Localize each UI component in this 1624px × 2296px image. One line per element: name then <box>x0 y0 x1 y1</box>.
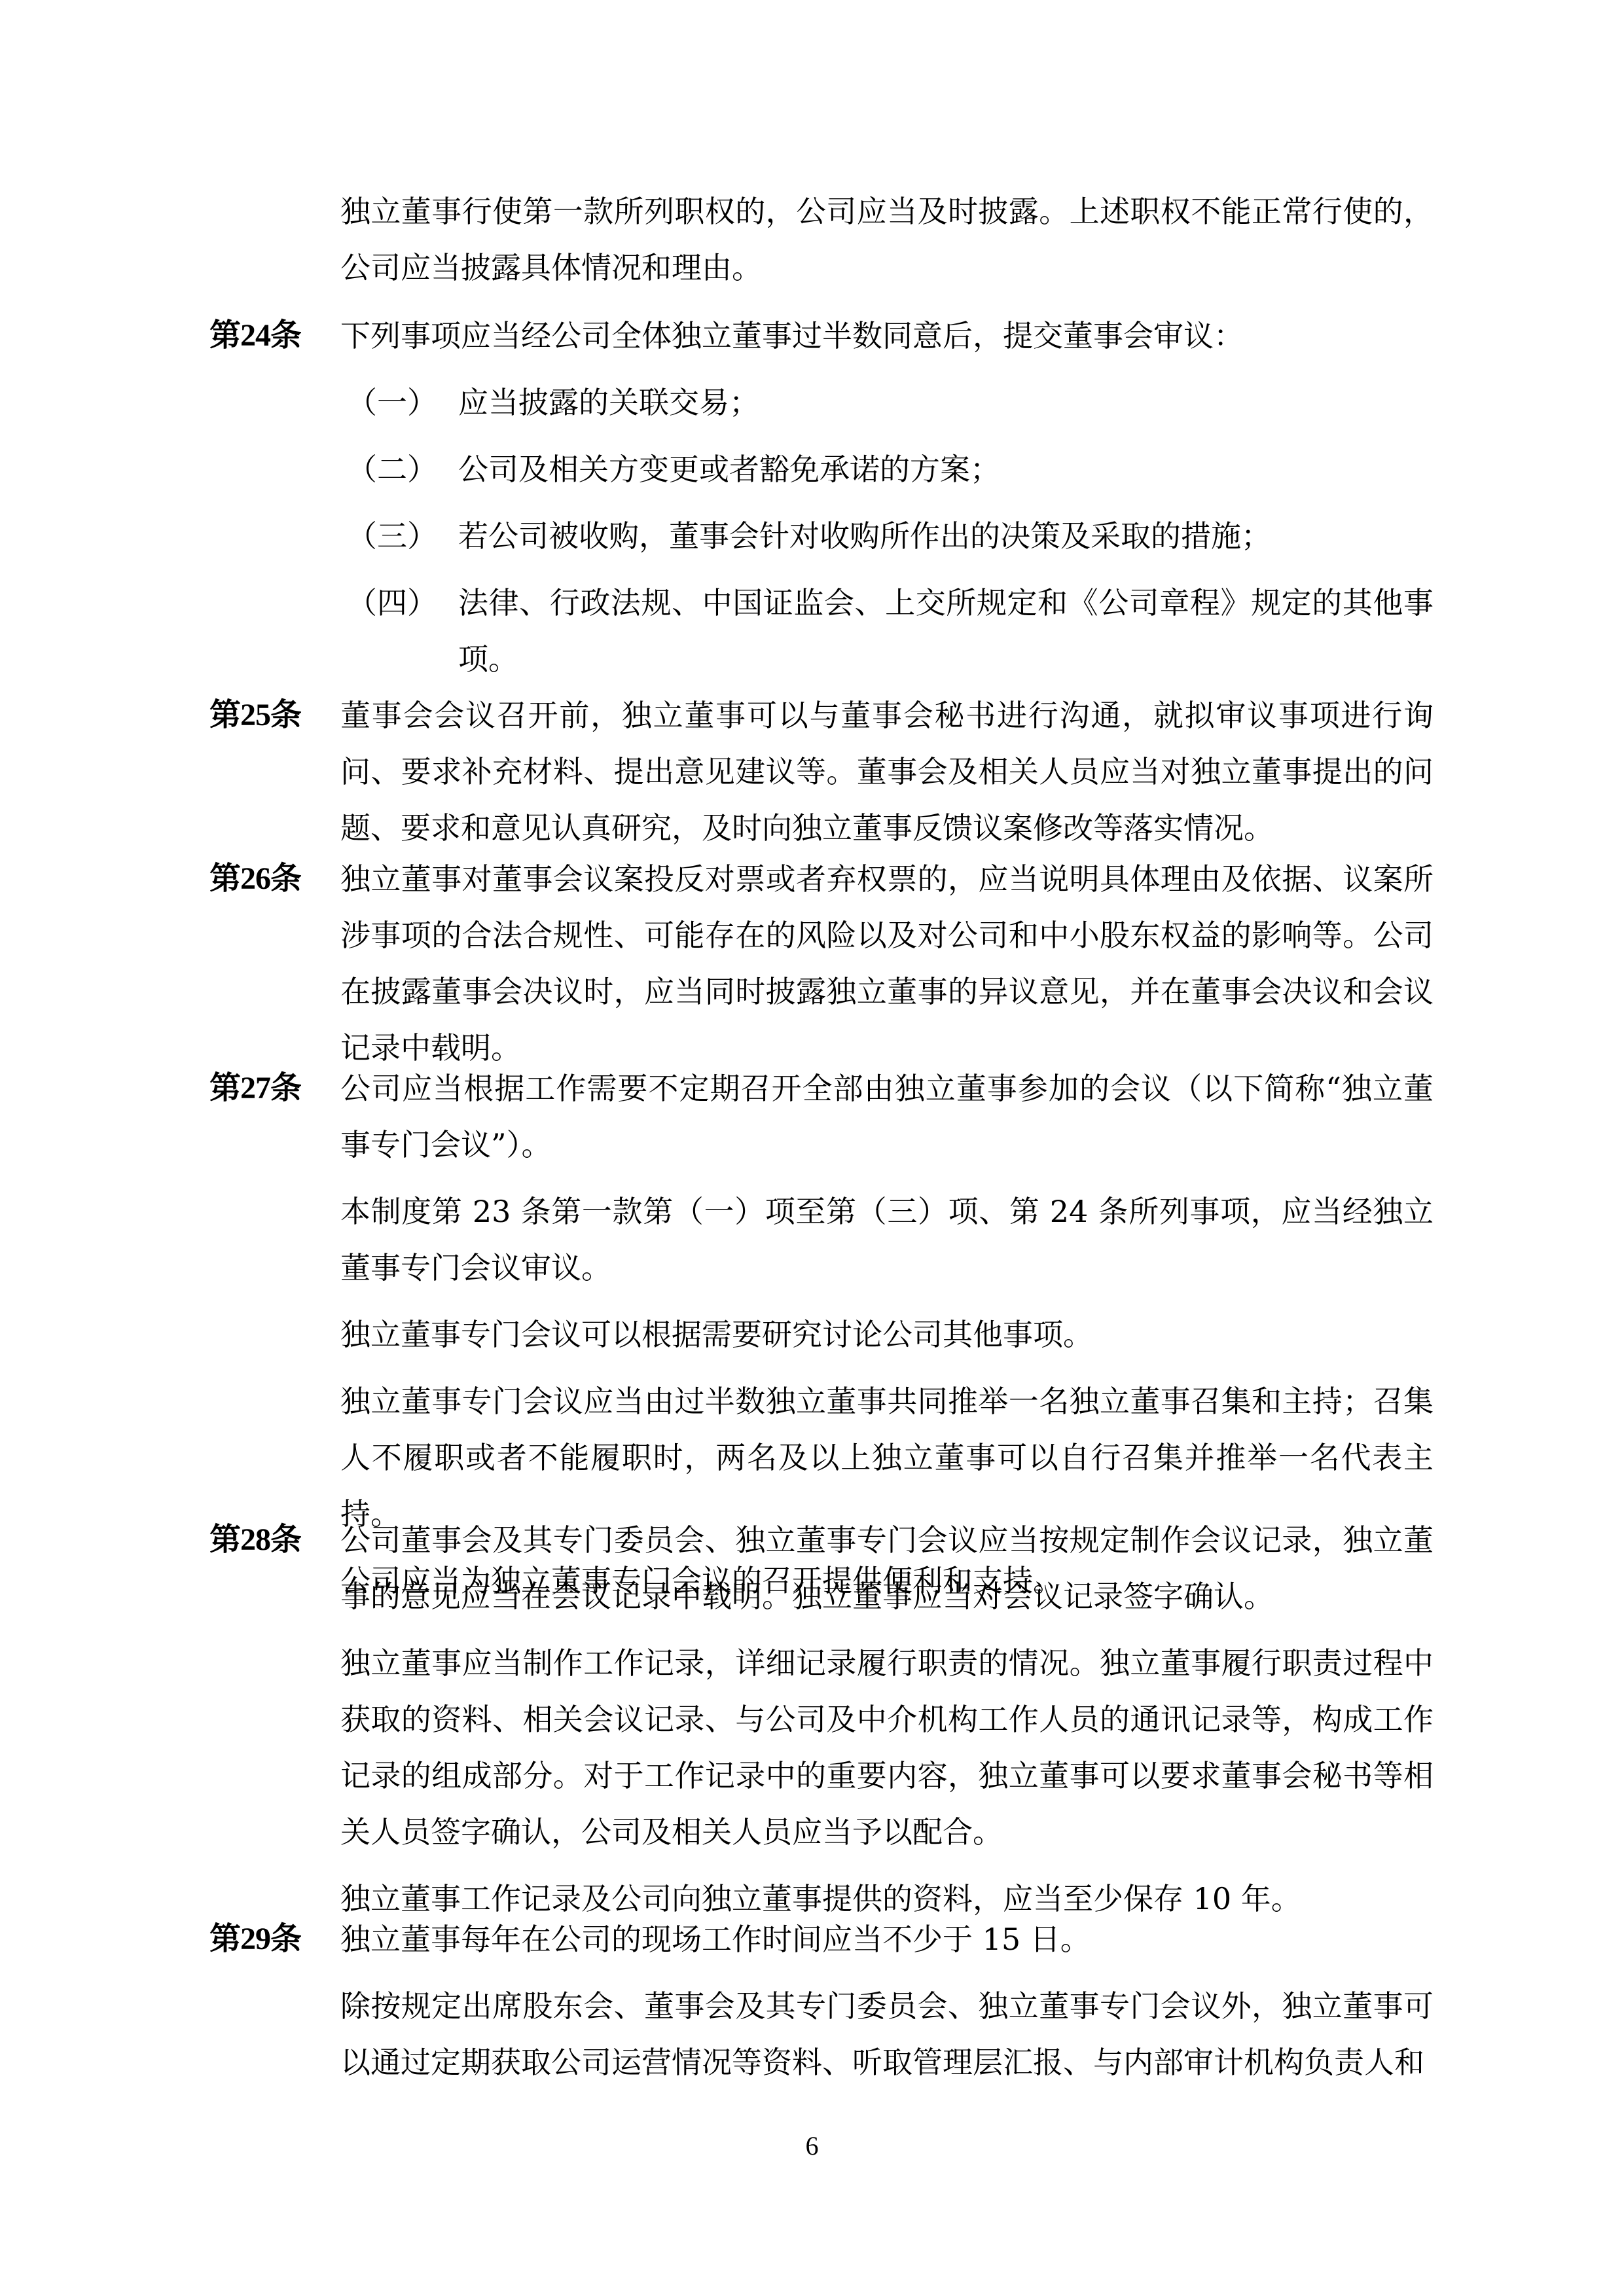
article-label: 第26条 <box>209 851 301 907</box>
list-item-text: 若公司被收购，董事会针对收购所作出的决策及采取的措施； <box>458 518 1271 554</box>
list-item-text: 应当披露的关联交易； <box>458 385 759 420</box>
paragraph: 本制度第 23 条第一款第（一）项至第（三）项、第 24 条所列事项，应当经独立… <box>340 1183 1434 1296</box>
article-body: 独立董事行使第一款所列职权的，公司应当及时披露。上述职权不能正常行使的，公司应当… <box>209 183 1434 296</box>
paragraph: 公司董事会及其专门委员会、独立董事专门会议应当按规定制作会议记录，独立董事的意见… <box>340 1512 1434 1624</box>
article-label: 第28条 <box>209 1512 301 1568</box>
paragraph: 独立董事应当制作工作记录，详细记录履行职责的情况。独立董事履行职责过程中获取的资… <box>340 1635 1434 1860</box>
article-28: 第28条 公司董事会及其专门委员会、独立董事专门会议应当按规定制作会议记录，独立… <box>209 1512 1434 1927</box>
paragraph: 董事会会议召开前，独立董事可以与董事会秘书进行沟通，就拟审议事项进行询问、要求补… <box>340 687 1434 856</box>
list-item: （四） 法律、行政法规、中国证监会、上交所规定和《公司章程》规定的其他事项。 <box>209 575 1434 687</box>
list-item-number: （四） <box>347 575 437 631</box>
article-label: 第25条 <box>209 687 301 744</box>
article-label: 第24条 <box>209 308 301 364</box>
list-item-number: （三） <box>347 508 437 564</box>
paragraph: 下列事项应当经公司全体独立董事过半数同意后，提交董事会审议： <box>340 308 1434 364</box>
article-26: 第26条 独立董事对董事会议案投反对票或者弃权票的，应当说明具体理由及依据、议案… <box>209 851 1434 1076</box>
article-body: 第29条 独立董事每年在公司的现场工作时间应当不少于 15 日。 除按规定出席股… <box>209 1911 1434 2090</box>
paragraph: 独立董事专门会议可以根据需要研究讨论公司其他事项。 <box>340 1306 1434 1363</box>
paragraph: 独立董事每年在公司的现场工作时间应当不少于 15 日。 <box>340 1911 1434 1967</box>
paragraph: 独立董事行使第一款所列职权的，公司应当及时披露。上述职权不能正常行使的，公司应当… <box>340 183 1434 296</box>
list-item: （一） 应当披露的关联交易； <box>209 374 1434 431</box>
list-item-text: 公司及相关方变更或者豁免承诺的方案； <box>458 452 1000 487</box>
article-29: 第29条 独立董事每年在公司的现场工作时间应当不少于 15 日。 除按规定出席股… <box>209 1911 1434 2090</box>
paragraph: 公司应当根据工作需要不定期召开全部由独立董事参加的会议（以下简称“独立董事专门会… <box>340 1060 1434 1173</box>
article-body: 第24条 下列事项应当经公司全体独立董事过半数同意后，提交董事会审议： <box>209 308 1434 364</box>
article-25: 第25条 董事会会议召开前，独立董事可以与董事会秘书进行沟通，就拟审议事项进行询… <box>209 687 1434 856</box>
list-item-number: （一） <box>347 374 437 431</box>
article-label: 第27条 <box>209 1060 301 1117</box>
list-item-text: 法律、行政法规、中国证监会、上交所规定和《公司章程》规定的其他事项。 <box>458 585 1434 677</box>
page-number: 6 <box>0 2130 1624 2161</box>
article-label: 第29条 <box>209 1911 301 1967</box>
list-item: （三） 若公司被收购，董事会针对收购所作出的决策及采取的措施； <box>209 508 1434 564</box>
article-24: 第24条 下列事项应当经公司全体独立董事过半数同意后，提交董事会审议： （一） … <box>209 308 1434 687</box>
paragraph: 独立董事对董事会议案投反对票或者弃权票的，应当说明具体理由及依据、议案所涉事项的… <box>340 851 1434 1076</box>
list-item: （二） 公司及相关方变更或者豁免承诺的方案； <box>209 441 1434 497</box>
article-body: 第25条 董事会会议召开前，独立董事可以与董事会秘书进行沟通，就拟审议事项进行询… <box>209 687 1434 856</box>
document-page: 独立董事行使第一款所列职权的，公司应当及时披露。上述职权不能正常行使的，公司应当… <box>0 0 1624 2296</box>
list-item-number: （二） <box>347 441 437 497</box>
article-body: 第26条 独立董事对董事会议案投反对票或者弃权票的，应当说明具体理由及依据、议案… <box>209 851 1434 1076</box>
paragraph: 除按规定出席股东会、董事会及其专门委员会、独立董事专门会议外，独立董事可以通过定… <box>340 1978 1434 2090</box>
article-body: 第28条 公司董事会及其专门委员会、独立董事专门会议应当按规定制作会议记录，独立… <box>209 1512 1434 1927</box>
article-23-continuation: 独立董事行使第一款所列职权的，公司应当及时披露。上述职权不能正常行使的，公司应当… <box>209 183 1434 296</box>
